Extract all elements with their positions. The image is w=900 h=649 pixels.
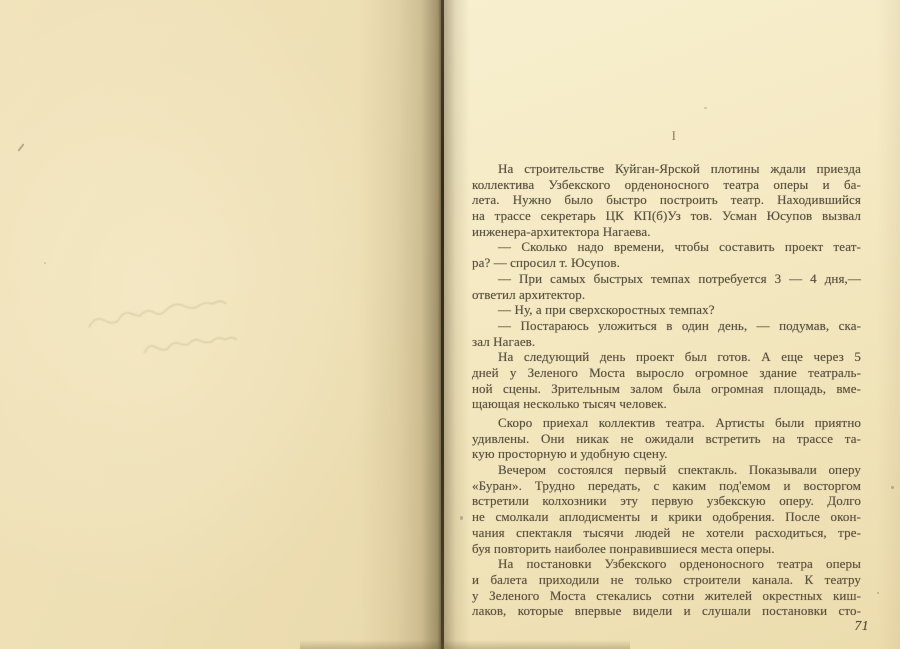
text-line: лета. Нужно было быстро построить театр.…: [472, 192, 861, 208]
paragraph: Скоро приехал коллектив театра. Артисты …: [472, 415, 861, 462]
text-line: у Зеленого Моста стекались сотни жителей…: [472, 588, 861, 604]
text-line: инженера-архитектора Нагаева.: [472, 224, 861, 240]
paper-speck: [704, 107, 707, 109]
gutter-shadow: [444, 0, 470, 649]
text-line: — При самых быстрых темпах потребуется 3…: [472, 271, 861, 287]
text-line: чания спектакля тысячи людей не хотели р…: [472, 525, 861, 541]
paper-speck: [877, 592, 879, 594]
text-line: буя повторить наиболее понравившиеся мес…: [472, 541, 861, 557]
text-line: — Сколько надо времени, чтобы составить …: [472, 239, 861, 255]
text-line: ответил архитектор.: [472, 287, 861, 303]
handwriting-showthrough: [81, 275, 281, 387]
paper-speck: [17, 143, 24, 151]
text-line: ной сцены. Зрительным залом была огромна…: [472, 381, 861, 397]
text-line: коллектива Узбекского орденоносного теат…: [472, 177, 861, 193]
paper-speck: [891, 486, 894, 489]
text-line: На следующий день проект был готов. А ещ…: [472, 349, 861, 365]
text-line: на трассе секретарь ЦК КП(б)Уз тов. Усма…: [472, 208, 861, 224]
book-spread: I На строительстве Куйган-Ярской плотины…: [0, 0, 900, 649]
text-line: На строительстве Куйган-Ярской плотины ж…: [472, 161, 861, 177]
paper-speck: [460, 516, 463, 520]
text-line: и балета приходили не только строители к…: [472, 572, 861, 588]
text-line: — Постараюсь уложиться в один день, — по…: [472, 318, 861, 334]
paragraph: Вечером состоялся первый спектакль. Пока…: [472, 462, 861, 556]
paragraph: На постановки Узбекского орденоносного т…: [472, 556, 861, 619]
text-line: На постановки Узбекского орденоносного т…: [472, 556, 861, 572]
text-line: удивлены. Они никак не ожидали встретить…: [472, 431, 861, 447]
text-line: — Ну, а при сверхскоростных темпах?: [472, 302, 861, 318]
paragraph: — Ну, а при сверхскоростных темпах?: [472, 302, 861, 318]
text-line: зал Нагаев.: [472, 334, 861, 350]
text-line: лаков, которые впервые видели и слушали …: [472, 603, 861, 619]
text-line: щающая несколько тысяч человек.: [472, 396, 861, 412]
page-number: 71: [855, 618, 870, 634]
paragraph: На строительстве Куйган-Ярской плотины ж…: [472, 161, 861, 239]
section-numeral: I: [672, 128, 677, 144]
paper-speck: [44, 262, 46, 264]
paragraph: — При самых быстрых темпах потребуется 3…: [472, 271, 861, 302]
text-line: «Буран». Трудно передать, с каким под'ем…: [472, 478, 861, 494]
body-text: На строительстве Куйган-Ярской плотины ж…: [472, 161, 861, 619]
text-line: Скоро приехал коллектив театра. Артисты …: [472, 415, 861, 431]
text-line: ра? — спросил т. Юсупов.: [472, 255, 861, 271]
paragraph: На следующий день проект был готов. А ещ…: [472, 349, 861, 412]
right-page: I На строительстве Куйган-Ярской плотины…: [444, 0, 900, 649]
text-line: дней у Зеленого Моста выросло огромное з…: [472, 365, 861, 381]
page-edge-shadow: [300, 640, 630, 649]
text-line: встретили колхозники эту первую узбекску…: [472, 493, 861, 509]
gutter-shadow: [358, 0, 442, 649]
text-line: Вечером состоялся первый спектакль. Пока…: [472, 462, 861, 478]
text-line: не смолкали аплодисменты и крики одобрен…: [472, 509, 861, 525]
text-line: кую просторную и удобную сцену.: [472, 446, 861, 462]
paragraph: — Постараюсь уложиться в один день, — по…: [472, 318, 861, 349]
paragraph: — Сколько надо времени, чтобы составить …: [472, 239, 861, 270]
